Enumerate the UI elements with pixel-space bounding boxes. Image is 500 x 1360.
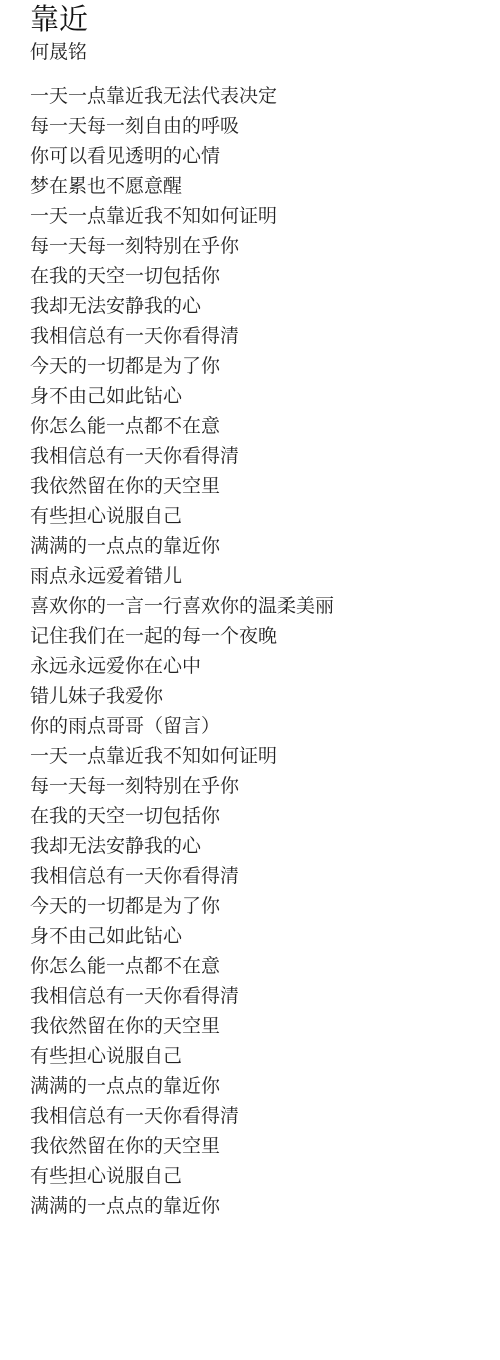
- lyric-line: 每一天每一刻自由的呼吸: [30, 111, 500, 141]
- lyric-line: 今天的一切都是为了你: [30, 351, 500, 381]
- lyric-line: 你怎么能一点都不在意: [30, 411, 500, 441]
- lyric-line: 你怎么能一点都不在意: [30, 951, 500, 981]
- lyrics-page: 靠近 何晟铭 一天一点靠近我无法代表决定每一天每一刻自由的呼吸你可以看见透明的心…: [30, 0, 500, 1221]
- lyric-line: 我依然留在你的天空里: [30, 471, 500, 501]
- lyric-line: 每一天每一刻特别在乎你: [30, 771, 500, 801]
- lyric-line: 喜欢你的一言一行喜欢你的温柔美丽: [30, 591, 500, 621]
- lyric-line: 满满的一点点的靠近你: [30, 531, 500, 561]
- lyric-line: 我却无法安静我的心: [30, 831, 500, 861]
- lyric-line: 今天的一切都是为了你: [30, 891, 500, 921]
- lyric-line: 满满的一点点的靠近你: [30, 1071, 500, 1101]
- lyric-line: 我相信总有一天你看得清: [30, 441, 500, 471]
- lyric-line: 你的雨点哥哥（留言）: [30, 711, 500, 741]
- lyric-line: 你可以看见透明的心情: [30, 141, 500, 171]
- lyric-line: 满满的一点点的靠近你: [30, 1191, 500, 1221]
- lyric-line: 我却无法安静我的心: [30, 291, 500, 321]
- lyric-line: 一天一点靠近我不知如何证明: [30, 201, 500, 231]
- lyric-line: 我相信总有一天你看得清: [30, 861, 500, 891]
- lyric-line: 梦在累也不愿意醒: [30, 171, 500, 201]
- artist-name: 何晟铭: [30, 37, 500, 67]
- song-title: 靠近: [30, 1, 500, 37]
- lyric-line: 我相信总有一天你看得清: [30, 1101, 500, 1131]
- lyric-line: 错儿妹子我爱你: [30, 681, 500, 711]
- lyric-line: 我相信总有一天你看得清: [30, 321, 500, 351]
- lyric-line: 我依然留在你的天空里: [30, 1011, 500, 1041]
- lyric-line: 有些担心说服自己: [30, 1161, 500, 1191]
- lyric-line: 雨点永远爱着错儿: [30, 561, 500, 591]
- lyric-line: 记住我们在一起的每一个夜晚: [30, 621, 500, 651]
- lyrics-list: 一天一点靠近我无法代表决定每一天每一刻自由的呼吸你可以看见透明的心情梦在累也不愿…: [30, 81, 500, 1221]
- lyric-line: 有些担心说服自己: [30, 1041, 500, 1071]
- lyric-line: 身不由己如此钻心: [30, 381, 500, 411]
- lyric-line: 每一天每一刻特别在乎你: [30, 231, 500, 261]
- lyric-line: 有些担心说服自己: [30, 501, 500, 531]
- lyric-line: 一天一点靠近我不知如何证明: [30, 741, 500, 771]
- lyric-line: 我依然留在你的天空里: [30, 1131, 500, 1161]
- lyric-line: 身不由己如此钻心: [30, 921, 500, 951]
- lyric-line: 在我的天空一切包括你: [30, 801, 500, 831]
- lyric-line: 我相信总有一天你看得清: [30, 981, 500, 1011]
- lyric-line: 在我的天空一切包括你: [30, 261, 500, 291]
- lyric-line: 永远永远爱你在心中: [30, 651, 500, 681]
- lyric-line: 一天一点靠近我无法代表决定: [30, 81, 500, 111]
